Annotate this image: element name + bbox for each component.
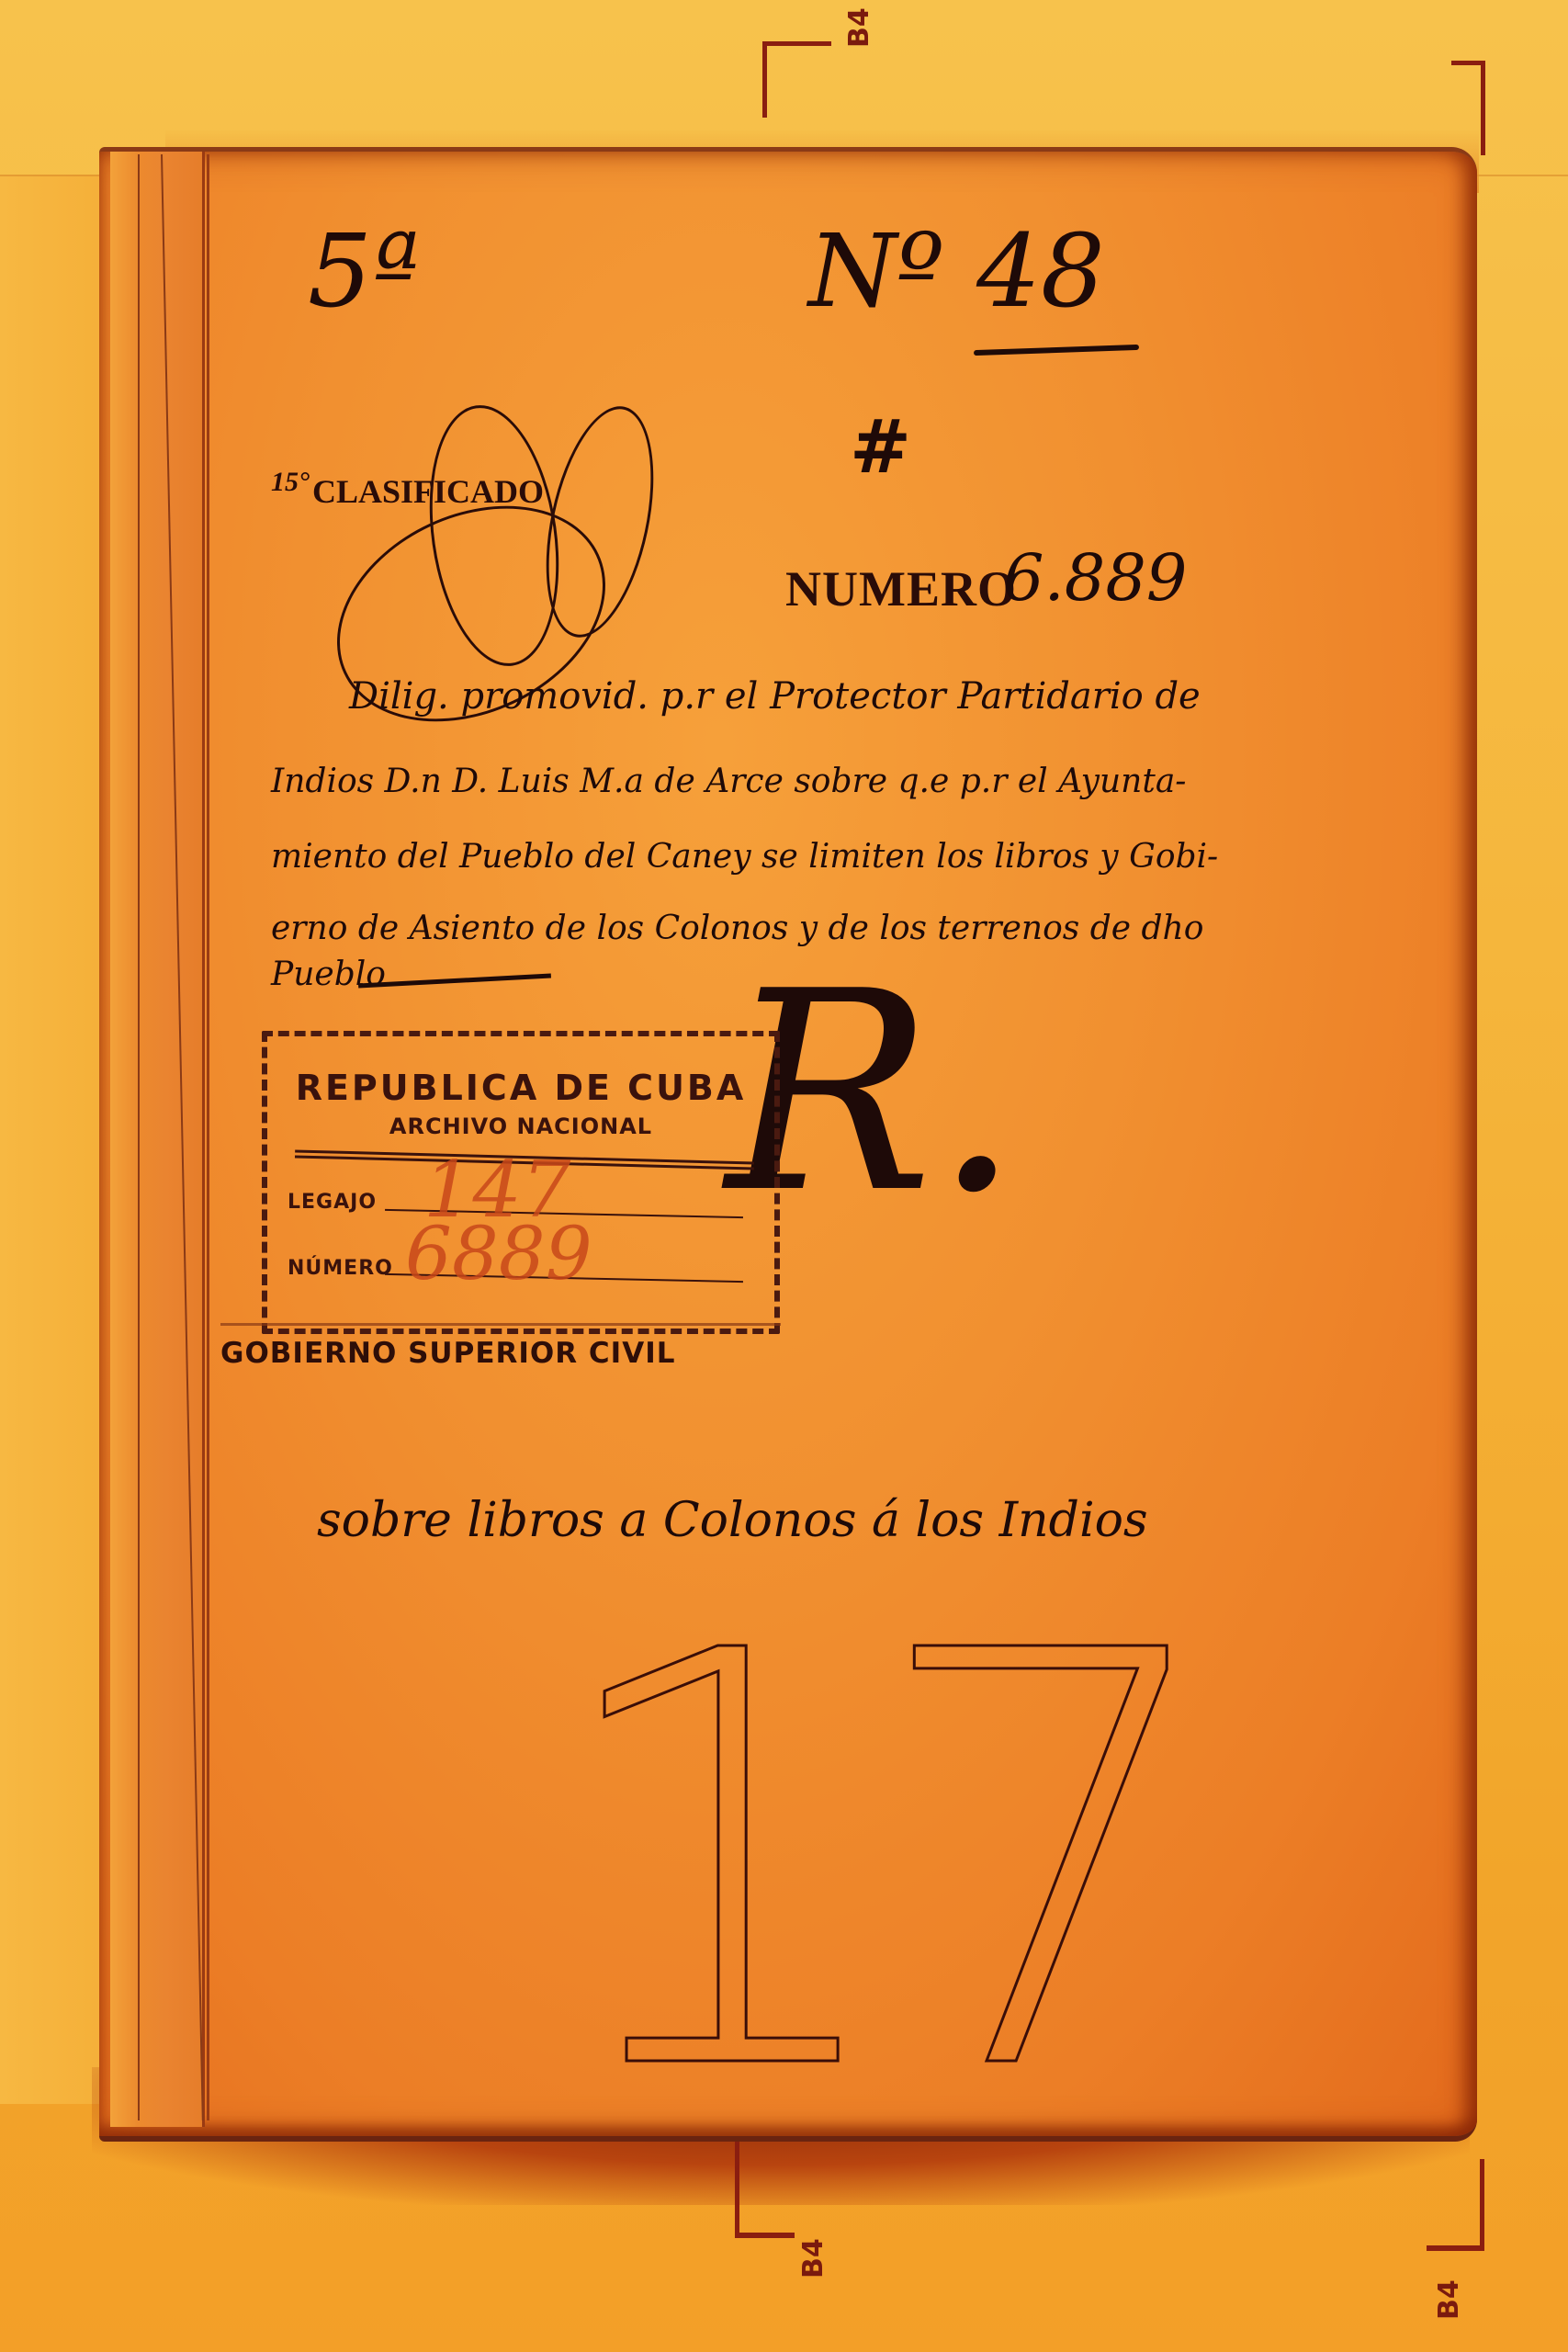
numero-value: 6.889 (1003, 540, 1187, 616)
binding-crease (207, 154, 209, 2120)
stamp-title: REPUBLICA DE CUBA (267, 1068, 774, 1108)
stamp-fold-line (220, 1323, 781, 1326)
numero-stamp-label: NÚMERO (288, 1257, 393, 1280)
legajo-label: LEGAJO (288, 1191, 377, 1214)
folder-binding-strip (110, 152, 205, 2127)
description-line: miento del Pueblo del Caney se limiten l… (271, 838, 1218, 876)
classification-label: CLASIFICADO (312, 472, 544, 511)
classification-prefix: 15° (271, 467, 310, 498)
crop-mark-label-bottom-right: B4 (1433, 2279, 1465, 2320)
binding-crease (138, 154, 140, 2120)
description-line: Dilig. promovid. p.r el Protector Partid… (349, 675, 1201, 718)
crop-mark-top-left (762, 41, 831, 118)
crop-mark-top-right (1451, 61, 1485, 155)
archive-stamp: REPUBLICA DE CUBA ARCHIVO NACIONAL LEGAJ… (262, 1031, 780, 1334)
numero-label: NUMERO (785, 560, 1017, 617)
crop-mark-bottom-right (1427, 2159, 1484, 2251)
series-mark: 5ª (308, 220, 420, 322)
numero-stamp-value: 6889 (405, 1211, 592, 1296)
file-number-mark: Nº 48 (808, 220, 1105, 322)
hash-mark: # (850, 404, 911, 490)
large-handwritten-number: 17 (542, 1580, 1193, 2150)
government-stamp: GOBIERNO SUPERIOR CIVIL (220, 1337, 675, 1370)
crop-mark-label-bottom-left: B4 (797, 2238, 829, 2278)
description-line: Indios D.n D. Luis M.a de Arce sobre q.e… (271, 763, 1186, 800)
crop-mark-label-top: B4 (843, 7, 875, 48)
stamp-subtitle: ARCHIVO NACIONAL (267, 1114, 774, 1139)
